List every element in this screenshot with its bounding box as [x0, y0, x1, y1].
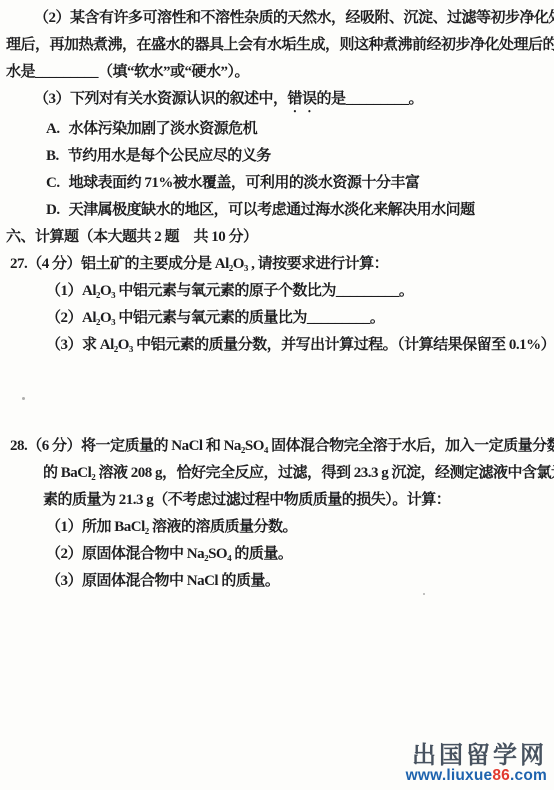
q28-stem-line-3: 素的质量为 21.3 g（不考虑过滤过程中物质质量的损失）。计算： [0, 487, 554, 514]
q2-stem-line-2: 理后，再加热煮沸，在盛水的器具上会有水垢生成，则这种煮沸前经初步净化处理后的 [0, 32, 554, 59]
q27-part-1: （1）Al₂O₃ 中铝元素与氧元素的原子个数比为_________。 [0, 278, 554, 305]
exam-content: （2）某含有许多可溶性和不溶性杂质的天然水，经吸附、沉淀、过滤等初步净化处 理后… [0, 0, 554, 595]
q27-working-space [0, 359, 554, 433]
option-text: 水体污染加剧了淡水资源危机 [69, 121, 258, 137]
watermark: 出国留学网 www.liuxue86.com [406, 744, 547, 784]
q3-option-d: D.天津属极度缺水的地区，可以考虑通过海水淡化来解决用水问题 [0, 197, 554, 224]
q3-stem: （3）下列对有关水资源认识的叙述中，错误的是_________。 [0, 86, 554, 116]
watermark-site-url: www.liuxue86.com [406, 768, 547, 784]
option-text: 节约用水是每个公民应尽的义务 [68, 148, 271, 164]
url-suffix: .com [510, 767, 547, 784]
q28-part-3: （3）原固体混合物中 NaCl 的质量。 [0, 568, 554, 595]
q3-option-b: B.节约用水是每个公民应尽的义务 [0, 143, 554, 170]
q27-part-3: （3）求 Al₂O₃ 中铝元素的质量分数，并写出计算过程。（计算结果保留至 0.… [0, 332, 554, 359]
scan-speck [22, 397, 25, 400]
section-6-heading: 六、计算题（本大题共 2 题 共 10 分） [0, 224, 554, 251]
q28-part-2: （2）原固体混合物中 Na₂SO₄ 的质量。 [0, 541, 554, 568]
q3-option-a: A.水体污染加剧了淡水资源危机 [0, 116, 554, 143]
q28-part-1: （1）所加 BaCl₂ 溶液的溶质质量分数。 [0, 514, 554, 541]
option-label: D. [46, 202, 60, 218]
q3-stem-prefix: （3）下列对有关水资源认识的叙述中， [34, 91, 288, 107]
q2-answer-blank-line: 水是_________（填“软水”或“硬水”）。 [0, 59, 554, 86]
url-highlight: 86 [492, 767, 510, 784]
q28-stem-line-2: 的 BaCl₂ 溶液 208 g，恰好完全反应，过滤，得到 23.3 g 沉淀，… [0, 460, 554, 487]
q27-stem: 27.（4 分）铝土矿的主要成分是 Al₂O₃ , 请按要求进行计算： [0, 251, 554, 278]
url-prefix: www.liuxue [406, 767, 493, 784]
option-text: 天津属极度缺水的地区，可以考虑通过海水淡化来解决用水问题 [69, 202, 475, 218]
option-text: 地球表面约 71%被水覆盖，可利用的淡水资源十分丰富 [69, 175, 420, 191]
option-label: B. [46, 148, 59, 164]
q28-stem-line-1: 28.（6 分）将一定质量的 NaCl 和 Na₂SO₄ 固体混合物完全溶于水后… [0, 433, 554, 460]
watermark-site-name: 出国留学网 [406, 744, 547, 768]
q3-option-c: C.地球表面约 71%被水覆盖，可利用的淡水资源十分丰富 [0, 170, 554, 197]
q2-stem-line-1: （2）某含有许多可溶性和不溶性杂质的天然水，经吸附、沉淀、过滤等初步净化处 [0, 5, 554, 32]
q3-stem-suffix: 的是_________。 [317, 91, 424, 107]
scan-speck [140, 338, 144, 340]
q27-part-2: （2）Al₂O₃ 中铝元素与氧元素的质量比为_________。 [0, 305, 554, 332]
scan-speck [423, 593, 425, 595]
scanned-exam-page: （2）某含有许多可溶性和不溶性杂质的天然水，经吸附、沉淀、过滤等初步净化处 理后… [0, 0, 554, 790]
q3-stem-emphasized-word: 错误 [288, 91, 317, 107]
option-label: C. [46, 175, 60, 191]
option-label: A. [46, 121, 60, 137]
